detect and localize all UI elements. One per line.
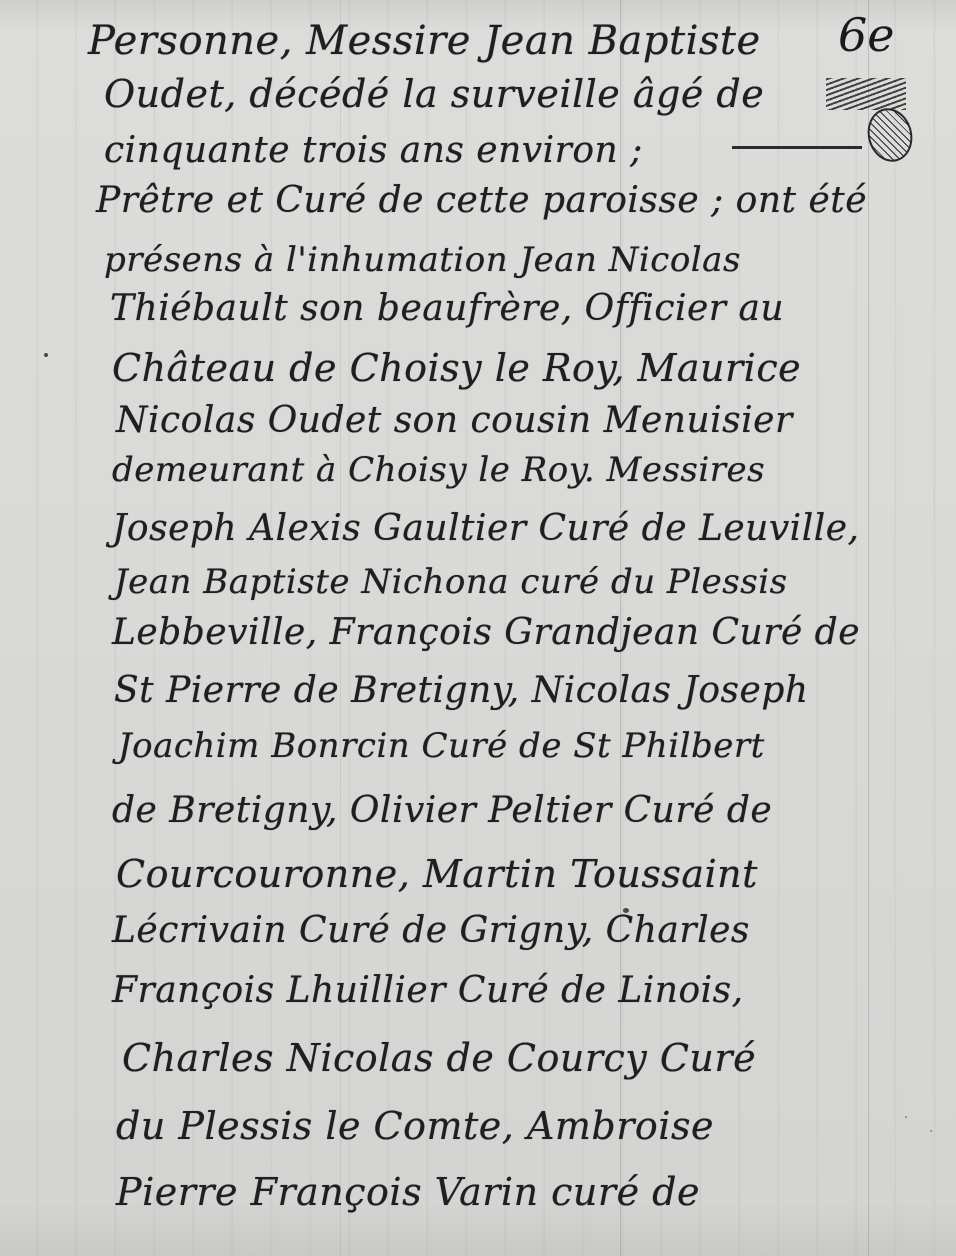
struck-out-text	[732, 146, 862, 149]
manuscript-line: Lécrivain Curé de Grigny, Charles	[112, 910, 750, 951]
ink-speck	[44, 353, 48, 357]
folio-number: 6e	[838, 12, 895, 58]
manuscript-line: Joseph Alexis Gaultier Curé de Leuville,	[112, 508, 859, 549]
manuscript-line: François Lhuillier Curé de Linois,	[112, 970, 744, 1011]
ink-speck	[905, 1116, 907, 1118]
manuscript-line: demeurant à Choisy le Roy. Messires	[112, 450, 765, 490]
manuscript-line: du Plessis le Comte, Ambroise	[116, 1104, 714, 1148]
manuscript-line: St Pierre de Bretigny, Nicolas Joseph	[114, 670, 809, 711]
manuscript-page: Personne, Messire Jean BaptisteOudet, dé…	[0, 0, 956, 1256]
manuscript-line: cinquante trois ans environ ;	[104, 130, 643, 171]
manuscript-line: Jean Baptiste Nichona curé du Plessis	[114, 562, 788, 602]
manuscript-line: Prêtre et Curé de cette paroisse ; ont é…	[96, 180, 867, 221]
paper-chain-line	[868, 0, 869, 1256]
ink-speck	[930, 1130, 932, 1132]
manuscript-line: Thiébault son beaufrère, Officier au	[110, 288, 784, 329]
manuscript-line: Nicolas Oudet son cousin Menuisier	[116, 400, 793, 441]
marginal-scribble-mark	[862, 103, 918, 167]
manuscript-line: présens à l'inhumation Jean Nicolas	[104, 240, 741, 280]
manuscript-line: Oudet, décédé la surveille âgé de	[104, 72, 764, 116]
manuscript-line: Pierre François Varin curé de	[116, 1170, 700, 1214]
manuscript-line: Château de Choisy le Roy, Maurice	[112, 346, 801, 390]
manuscript-line: Joachim Bonrcin Curé de St Philbert	[118, 726, 765, 766]
manuscript-line: Charles Nicolas de Courcy Curé	[122, 1036, 756, 1080]
manuscript-line: Personne, Messire Jean Baptiste	[88, 18, 761, 64]
struck-out-text	[826, 78, 906, 110]
manuscript-line: Lebbeville, François Grandjean Curé de	[112, 612, 860, 653]
manuscript-line: de Bretigny, Olivier Peltier Curé de	[112, 790, 772, 831]
manuscript-line: Courcouronne, Martin Toussaint	[116, 852, 758, 896]
